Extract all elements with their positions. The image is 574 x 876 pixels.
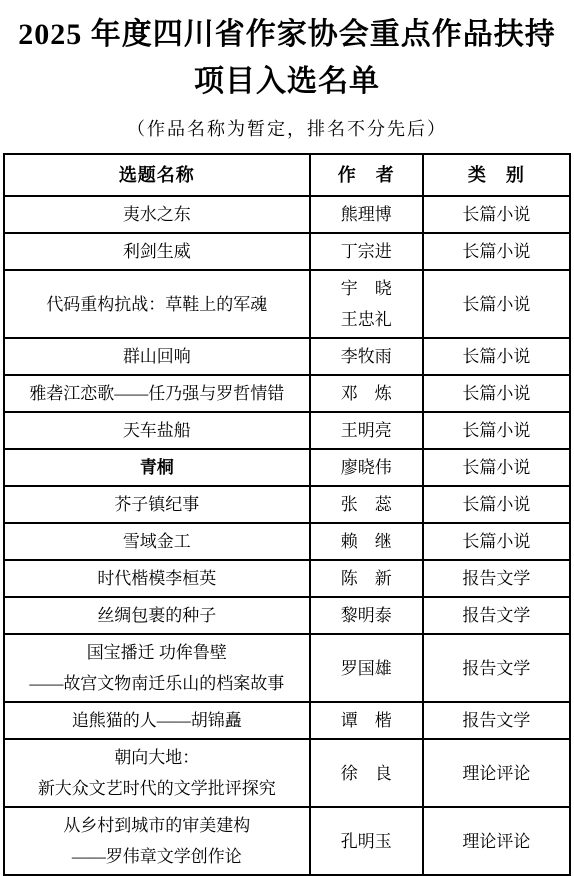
title-line: 雪域金工 [9,526,305,557]
table-row: 利剑生威丁宗进长篇小说 [4,233,570,270]
title-line: 群山回响 [9,341,305,372]
title-cell: 青桐 [4,449,310,486]
title-line: 从乡村到城市的审美建构 [9,810,305,841]
category-cell: 报告文学 [423,560,570,597]
table-row: 时代楷模李桓英陈 新报告文学 [4,560,570,597]
title-line: 天车盐船 [9,415,305,446]
category-cell: 长篇小说 [423,375,570,412]
author-cell: 熊理博 [310,196,423,233]
table-row: 从乡村到城市的审美建构——罗伟章文学创作论孔明玉理论评论 [4,807,570,875]
author-line: 廖晓伟 [315,452,418,483]
title-line: 追熊猫的人——胡锦矗 [9,705,305,736]
table-row: 青桐廖晓伟长篇小说 [4,449,570,486]
title-line: 芥子镇纪事 [9,489,305,520]
document-title: 2025 年度四川省作家协会重点作品扶持 项目入选名单 [12,12,562,105]
title-cell: 追熊猫的人——胡锦矗 [4,702,310,739]
title-cell: 芥子镇纪事 [4,486,310,523]
table-row: 群山回响李牧雨长篇小说 [4,338,570,375]
table-row: 芥子镇纪事张 蕊长篇小说 [4,486,570,523]
author-cell: 李牧雨 [310,338,423,375]
author-cell: 谭 楷 [310,702,423,739]
title-cell: 群山回响 [4,338,310,375]
author-cell: 黎明泰 [310,597,423,634]
title-line: 朝向大地： [9,742,305,773]
title-cell: 朝向大地：新大众文艺时代的文学批评探究 [4,739,310,807]
author-line: 王明亮 [315,415,418,446]
author-cell: 廖晓伟 [310,449,423,486]
author-line: 徐 良 [315,758,418,789]
author-line: 赖 继 [315,526,418,557]
author-cell: 赖 继 [310,523,423,560]
author-cell: 张 蕊 [310,486,423,523]
title-line: 代码重构抗战：草鞋上的军魂 [9,289,305,320]
category-cell: 理论评论 [423,739,570,807]
document-page: 2025 年度四川省作家协会重点作品扶持 项目入选名单 （作品名称为暂定，排名不… [0,0,574,876]
table-row: 国宝播迁 功侔鲁壁——故宫文物南迁乐山的档案故事罗国雄报告文学 [4,634,570,702]
category-cell: 长篇小说 [423,523,570,560]
category-cell: 长篇小说 [423,449,570,486]
table-row: 丝绸包裹的种子黎明泰报告文学 [4,597,570,634]
title-line: ——故宫文物南迁乐山的档案故事 [9,668,305,699]
author-line: 王忠礼 [315,304,418,335]
author-line: 丁宗进 [315,236,418,267]
author-cell: 丁宗进 [310,233,423,270]
table-row: 雪域金工赖 继长篇小说 [4,523,570,560]
category-cell: 长篇小说 [423,233,570,270]
title-cell: 代码重构抗战：草鞋上的军魂 [4,270,310,338]
title-cell: 丝绸包裹的种子 [4,597,310,634]
category-cell: 长篇小说 [423,338,570,375]
author-cell: 孔明玉 [310,807,423,875]
category-cell: 报告文学 [423,702,570,739]
author-line: 宇 晓 [315,273,418,304]
author-line: 李牧雨 [315,341,418,372]
table-header-row: 选题名称作 者类 别 [4,154,570,196]
author-cell: 王明亮 [310,412,423,449]
title-line: 时代楷模李桓英 [9,563,305,594]
title-line: ——罗伟章文学创作论 [9,841,305,872]
title-cell: 从乡村到城市的审美建构——罗伟章文学创作论 [4,807,310,875]
author-line: 熊理博 [315,199,418,230]
category-cell: 长篇小说 [423,196,570,233]
document-title-line2: 项目入选名单 [194,65,380,98]
author-line: 张 蕊 [315,489,418,520]
category-cell: 理论评论 [423,807,570,875]
table-row: 朝向大地：新大众文艺时代的文学批评探究徐 良理论评论 [4,739,570,807]
author-line: 孔明玉 [315,826,418,857]
author-cell: 罗国雄 [310,634,423,702]
table-row: 代码重构抗战：草鞋上的军魂宇 晓王忠礼长篇小说 [4,270,570,338]
table-row: 追熊猫的人——胡锦矗谭 楷报告文学 [4,702,570,739]
title-cell: 雅砻江恋歌——任乃强与罗哲情错 [4,375,310,412]
column-header-2: 类 别 [423,154,570,196]
title-line: 利剑生威 [9,236,305,267]
author-cell: 徐 良 [310,739,423,807]
author-line: 陈 新 [315,563,418,594]
title-line: 雅砻江恋歌——任乃强与罗哲情错 [9,378,305,409]
title-cell: 天车盐船 [4,412,310,449]
category-cell: 长篇小说 [423,486,570,523]
table-row: 雅砻江恋歌——任乃强与罗哲情错邓 炼长篇小说 [4,375,570,412]
title-line: 新大众文艺时代的文学批评探究 [9,773,305,804]
document-subtitle: （作品名称为暂定，排名不分先后） [0,115,574,141]
column-header-0: 选题名称 [4,154,310,196]
title-line: 丝绸包裹的种子 [9,600,305,631]
author-cell: 邓 炼 [310,375,423,412]
title-cell: 夷水之东 [4,196,310,233]
author-line: 谭 楷 [315,705,418,736]
selection-table: 选题名称作 者类 别 夷水之东熊理博长篇小说利剑生威丁宗进长篇小说代码重构抗战：… [3,153,571,876]
category-cell: 报告文学 [423,597,570,634]
author-cell: 陈 新 [310,560,423,597]
title-line: 国宝播迁 功侔鲁壁 [9,637,305,668]
title-line: 青桐 [9,452,305,483]
category-cell: 长篇小说 [423,412,570,449]
table-body: 夷水之东熊理博长篇小说利剑生威丁宗进长篇小说代码重构抗战：草鞋上的军魂宇 晓王忠… [4,196,570,875]
author-line: 邓 炼 [315,378,418,409]
title-cell: 时代楷模李桓英 [4,560,310,597]
title-cell: 国宝播迁 功侔鲁壁——故宫文物南迁乐山的档案故事 [4,634,310,702]
document-title-line1: 2025 年度四川省作家协会重点作品扶持 [18,18,556,51]
title-cell: 雪域金工 [4,523,310,560]
author-line: 黎明泰 [315,600,418,631]
title-line: 夷水之东 [9,199,305,230]
author-line: 罗国雄 [315,653,418,684]
author-cell: 宇 晓王忠礼 [310,270,423,338]
table-row: 夷水之东熊理博长篇小说 [4,196,570,233]
category-cell: 长篇小说 [423,270,570,338]
table-row: 天车盐船王明亮长篇小说 [4,412,570,449]
column-header-1: 作 者 [310,154,423,196]
title-cell: 利剑生威 [4,233,310,270]
category-cell: 报告文学 [423,634,570,702]
